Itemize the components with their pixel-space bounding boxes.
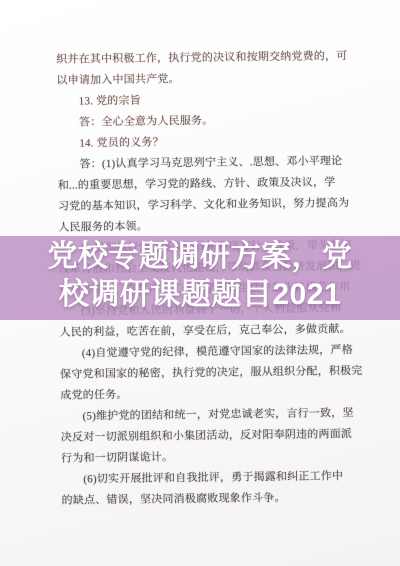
doc-line: 的缺点、错误，坚决同消极腐败现象作斗争。 bbox=[3, 487, 400, 513]
overlay-title: 党校专题调研方案，党 校调研课题题目2021 bbox=[0, 238, 400, 314]
title-overlay-band: 党校专题调研方案，党 校调研课题题目2021 bbox=[0, 236, 400, 320]
page: 织并在其中积极工作，执行党的决议和按期交纳党费的，可以申请加入中国共产党。13.… bbox=[0, 0, 400, 566]
overlay-title-line2: 校调研课题题目2021 bbox=[0, 276, 400, 314]
overlay-title-line1: 党校专题调研方案，党 bbox=[0, 238, 400, 276]
